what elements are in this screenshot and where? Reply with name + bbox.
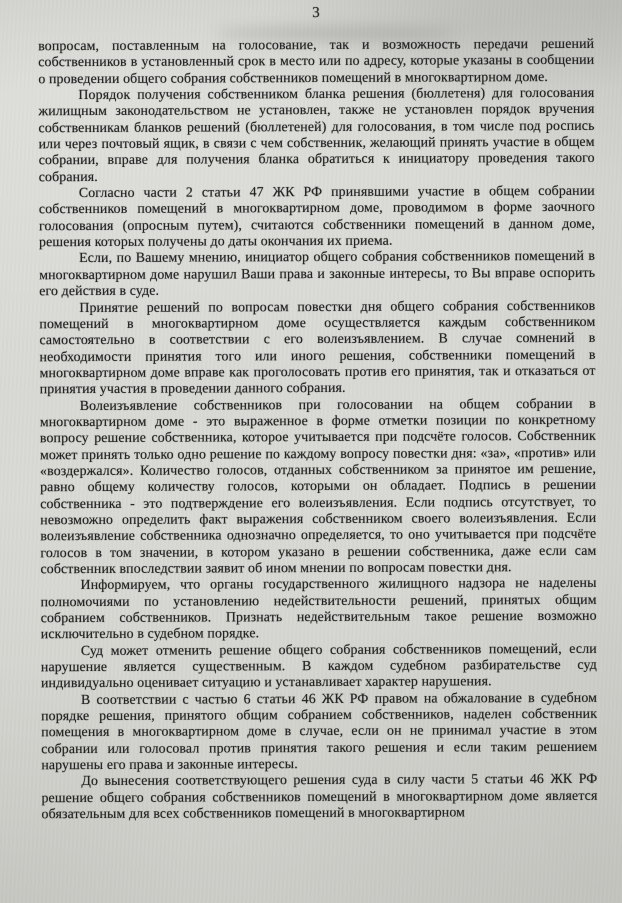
scanned-document-photo: 3 вопросам, поставленным на голосование,… [0,0,622,903]
paragraph: В соответствии с частью 6 статьи 46 ЖК Р… [41,691,597,775]
paragraph: Порядок получения собственником бланка р… [38,86,594,186]
paragraph: Если, по Вашему мнению, инициатор общего… [39,249,595,300]
paragraph: Информируем, что органы государственного… [40,576,596,644]
paragraph: Волеизъявление собственников при голосов… [40,396,597,578]
paragraph: Суд может отменить решение общего собран… [41,641,597,692]
page-number: 3 [38,4,594,23]
paragraph: вопросам, поставленным на голосование, т… [38,37,594,88]
paragraph: До вынесения соответствующего решения су… [41,772,597,823]
paragraph: Согласно части 2 статьи 47 ЖК РФ принявш… [39,184,595,252]
document-page: 3 вопросам, поставленным на голосование,… [38,4,598,824]
paragraph: Принятие решений по вопросам повестки дн… [39,298,595,398]
